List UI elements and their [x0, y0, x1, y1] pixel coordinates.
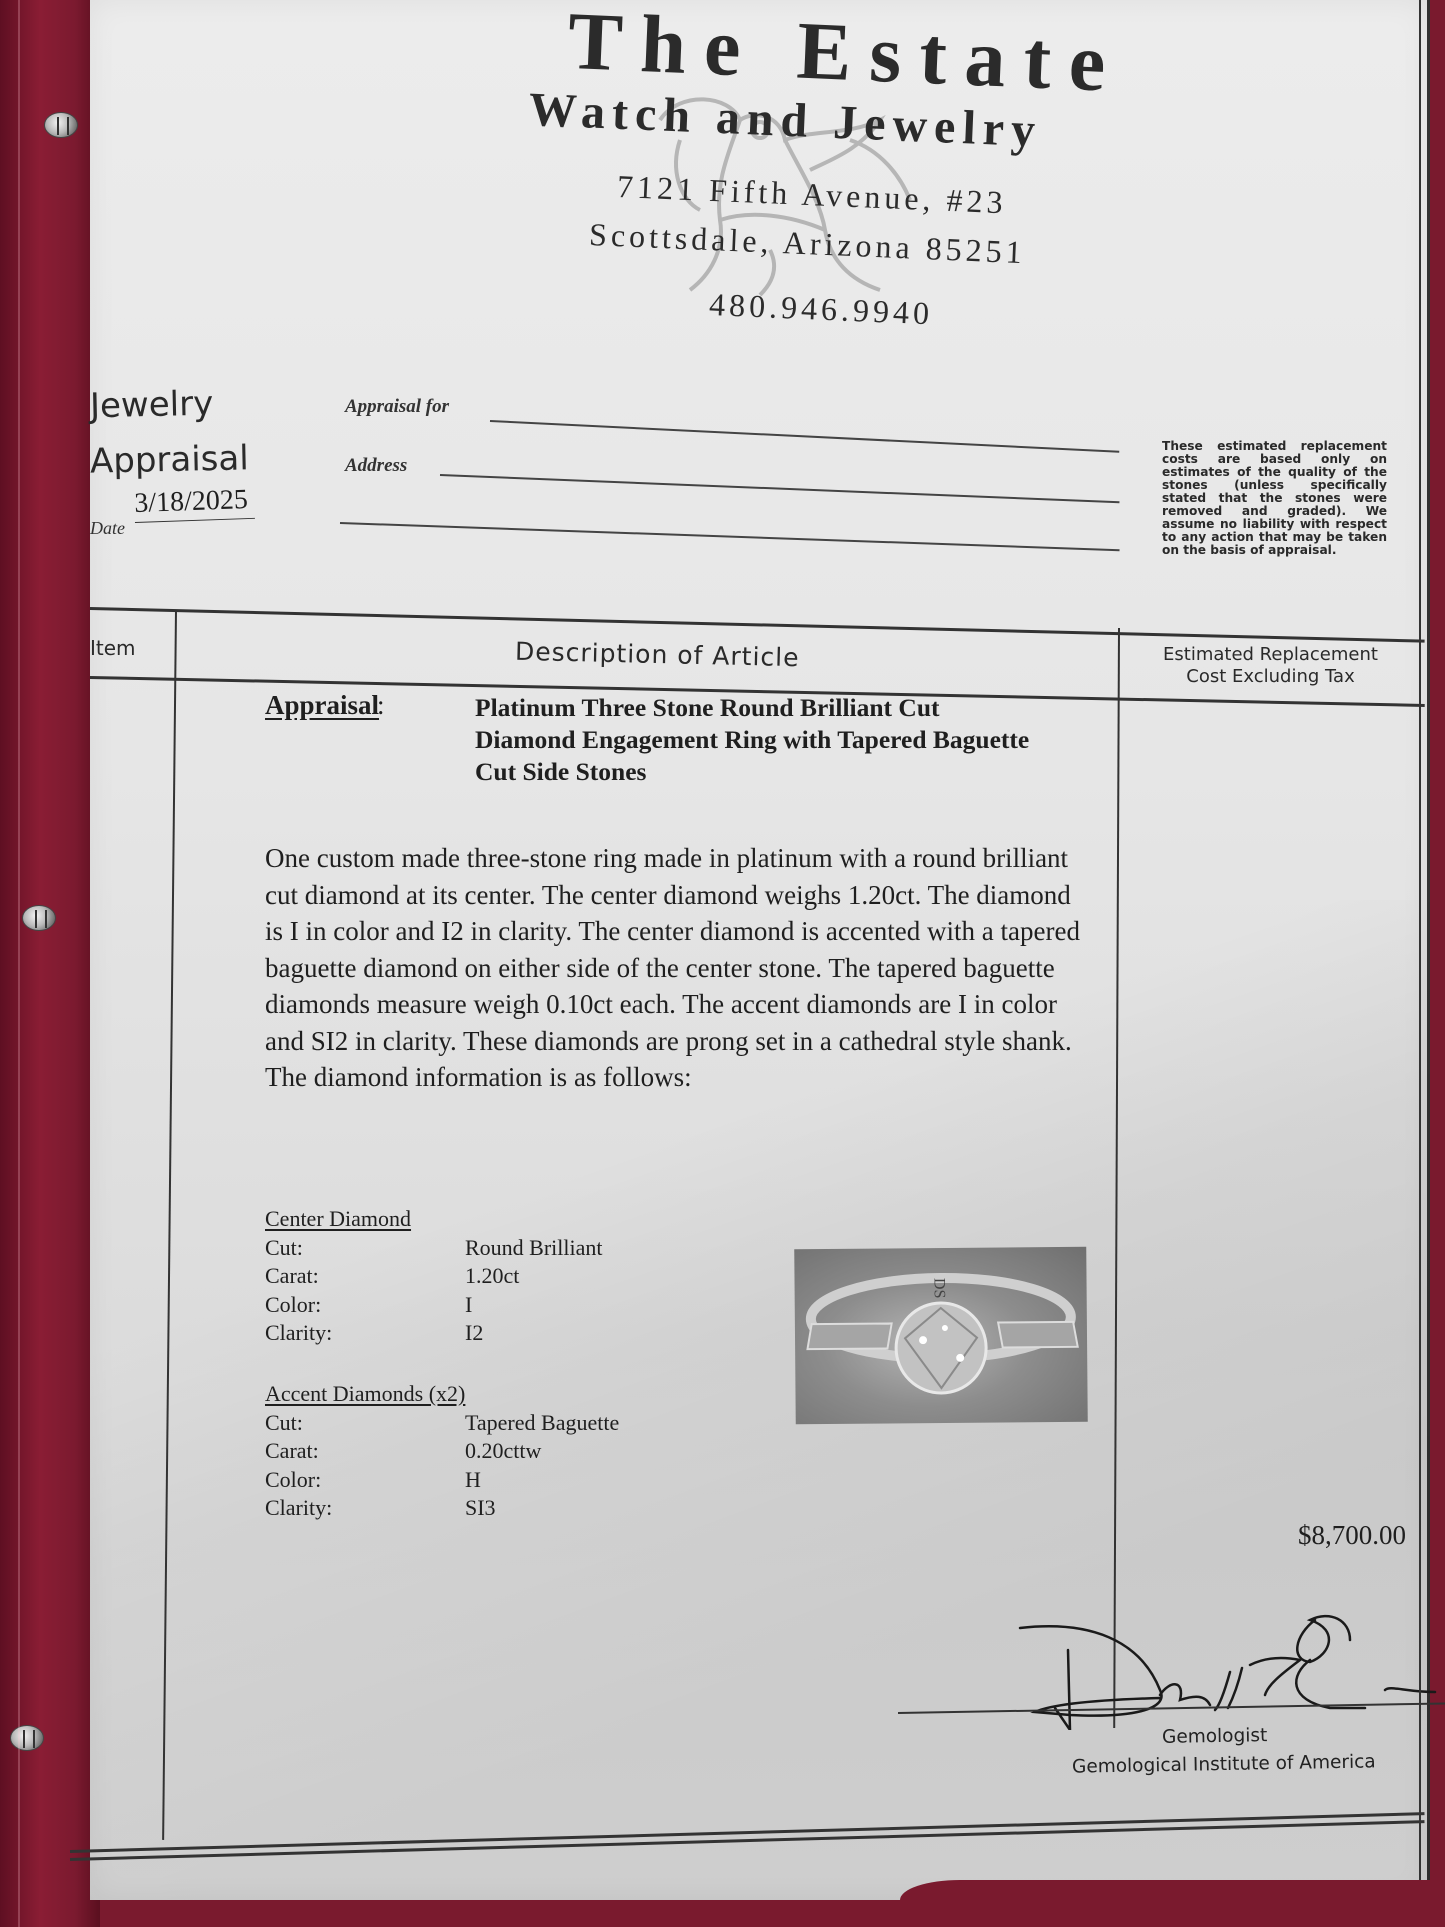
table-top-border	[90, 607, 1425, 642]
item-narrative: One custom made three-stone ring made in…	[265, 840, 1085, 1096]
spec-row: Clarity:I2	[265, 1319, 603, 1348]
signer-title: Gemologist	[1162, 1725, 1268, 1748]
appraisal-for-label: Appraisal for	[345, 396, 449, 418]
accent-diamond-specs: Accent Diamonds (x2) Cut:Tapered Baguett…	[265, 1380, 619, 1523]
address-field	[440, 474, 1120, 503]
cost-column-divider	[1113, 628, 1120, 1728]
address-label: Address	[345, 455, 407, 477]
address-field-line-2	[340, 522, 1120, 551]
spec-row: Carat:0.20cttw	[265, 1437, 619, 1466]
center-diamond-heading: Center Diamond	[265, 1205, 603, 1234]
item-title: Platinum Three Stone Round Brilliant Cut…	[475, 692, 1035, 788]
item-column-divider	[162, 610, 177, 1840]
appraisal-label: Appraisal	[265, 690, 379, 721]
form-title-appraisal: Appraisal	[90, 438, 249, 481]
spec-row: Color:H	[265, 1466, 619, 1495]
spec-row: Cut:Round Brilliant	[265, 1234, 603, 1263]
binder-cover-bottom	[900, 1880, 1445, 1927]
appraisal-for-field	[490, 420, 1119, 453]
column-header-cost: Estimated Replacement Cost Excluding Tax	[1158, 644, 1383, 688]
spec-row: Cut:Tapered Baguette	[265, 1409, 619, 1438]
column-header-item: Item	[90, 636, 136, 660]
binder-rivet-icon	[10, 1725, 44, 1751]
diamond-ring-icon: DS	[794, 1247, 1088, 1425]
center-diamond-specs: Center Diamond Cut:Round Brilliant Carat…	[265, 1205, 603, 1348]
date-field: 3/18/2025	[134, 484, 255, 523]
signer-institution: Gemological Institute of America	[1072, 1751, 1376, 1777]
binder-rivet-icon	[22, 905, 56, 931]
spec-row: Clarity:SI3	[265, 1494, 619, 1523]
date-label: Date	[90, 518, 125, 539]
disclaimer-text: These estimated replacement costs are ba…	[1162, 440, 1387, 557]
binder-cover	[0, 0, 100, 1927]
table-bottom-border-inner	[70, 1820, 1425, 1861]
signature-icon	[1010, 1600, 1445, 1730]
replacement-cost-value: $8,700.00	[1298, 1520, 1406, 1551]
svg-text:DS: DS	[930, 1278, 947, 1299]
accent-diamonds-heading: Accent Diamonds (x2)	[265, 1380, 619, 1409]
spec-row: Carat:1.20ct	[265, 1262, 603, 1291]
ring-photo: DS	[794, 1247, 1088, 1425]
binder-rivet-icon	[44, 112, 78, 138]
appraisal-document: The Estate Watch and Jewelry 7121 Fifth …	[90, 0, 1430, 1900]
spec-row: Color:I	[265, 1291, 603, 1320]
table-bottom-border	[70, 1812, 1425, 1853]
form-title-jewelry: Jewelry	[90, 384, 214, 427]
column-header-description: Description of Article	[515, 637, 800, 672]
